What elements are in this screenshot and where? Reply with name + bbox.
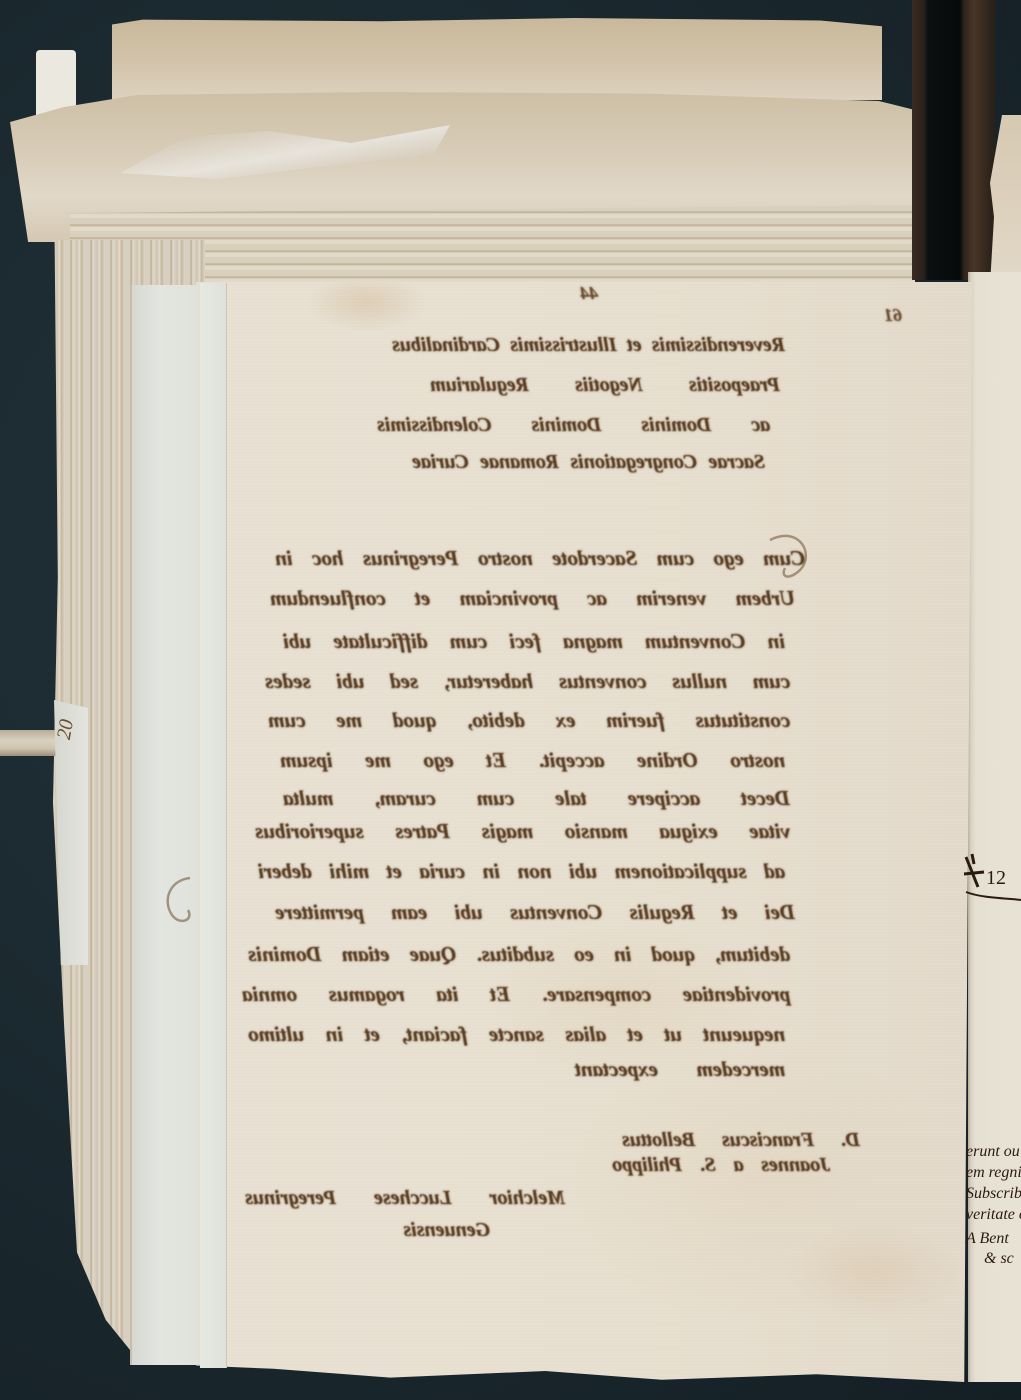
fragment-line: veritate c [966,1205,1021,1225]
body-line: constitutus fuerim ex debito, quod me cu… [268,705,790,735]
initial-c-flourish-icon [760,530,820,590]
folio-mark-center: 44 [558,278,598,308]
body-line: Urbem venerim ac provinciam et confluend… [270,583,795,613]
margin-number: 12 [986,868,1006,888]
body-line: ad supplicationem ubi non in curia et mi… [258,856,785,886]
address-line: Praepositis Negotiis Regularium [430,370,780,400]
fragment-line: Subscrib [966,1184,1021,1204]
body-line: providentiae compensare. Et ita rogamus … [242,979,790,1009]
fragment-line: & sc [984,1249,1014,1269]
ink-flourish-icon [150,870,210,940]
body-line: cum nullus conventus haberetur, sed ubi … [265,666,790,696]
side-tag-number: 20 [53,718,79,742]
body-line: Dei et Regulis Conventus ubi eam permitt… [275,897,795,927]
fragment-line: em regni [966,1163,1021,1183]
page-stub-strip [200,283,227,1368]
body-line: in Conventum magna feci cum difficultate… [283,626,785,656]
manuscript-photo: 20 44 61 Reverendissimis et Illustrissim… [0,0,1021,1400]
address-line: ac Dominis Dominis Colendissimis [377,410,770,440]
body-line: Cum ego cum Sacerdote nostro Peregrinus … [275,543,805,573]
body-line: vitae exigua mansio magis Patres superio… [255,816,790,846]
paper-stack-top-sheet [112,18,882,100]
folio-mark-right: 61 [880,300,902,330]
fragment-line: erunt ou [966,1142,1020,1162]
fragment-line: A Bent [966,1229,1009,1249]
facing-page-text-area: 12 erunt ou em regni Subscrib veritate c… [962,272,1021,1382]
address-line: Sacrae Congregationis Romanae Curiae [412,447,765,477]
address-line: Reverendissimis et Illustrissimis Cardin… [392,330,785,360]
signature-line: Genuensis [368,1215,490,1245]
signature-line: Melchior Lucchese Peregrinus [245,1183,565,1213]
left-interleaf-sheet [130,285,200,1365]
binding-spine [912,0,995,280]
body-line-closing: mercedem expectant [575,1054,785,1084]
body-line: nostro Ordine accepit. Et ego me ipsum [280,745,785,775]
body-line: debitum, quod in eo subditus. Quae etiam… [248,939,790,969]
body-line: nequeunt ut et alias sancte faciant, et … [248,1019,785,1049]
body-line: Decet accipere tale cum curam, multa [283,783,790,813]
signature-line: Joannes a S. Philippo [612,1150,830,1180]
